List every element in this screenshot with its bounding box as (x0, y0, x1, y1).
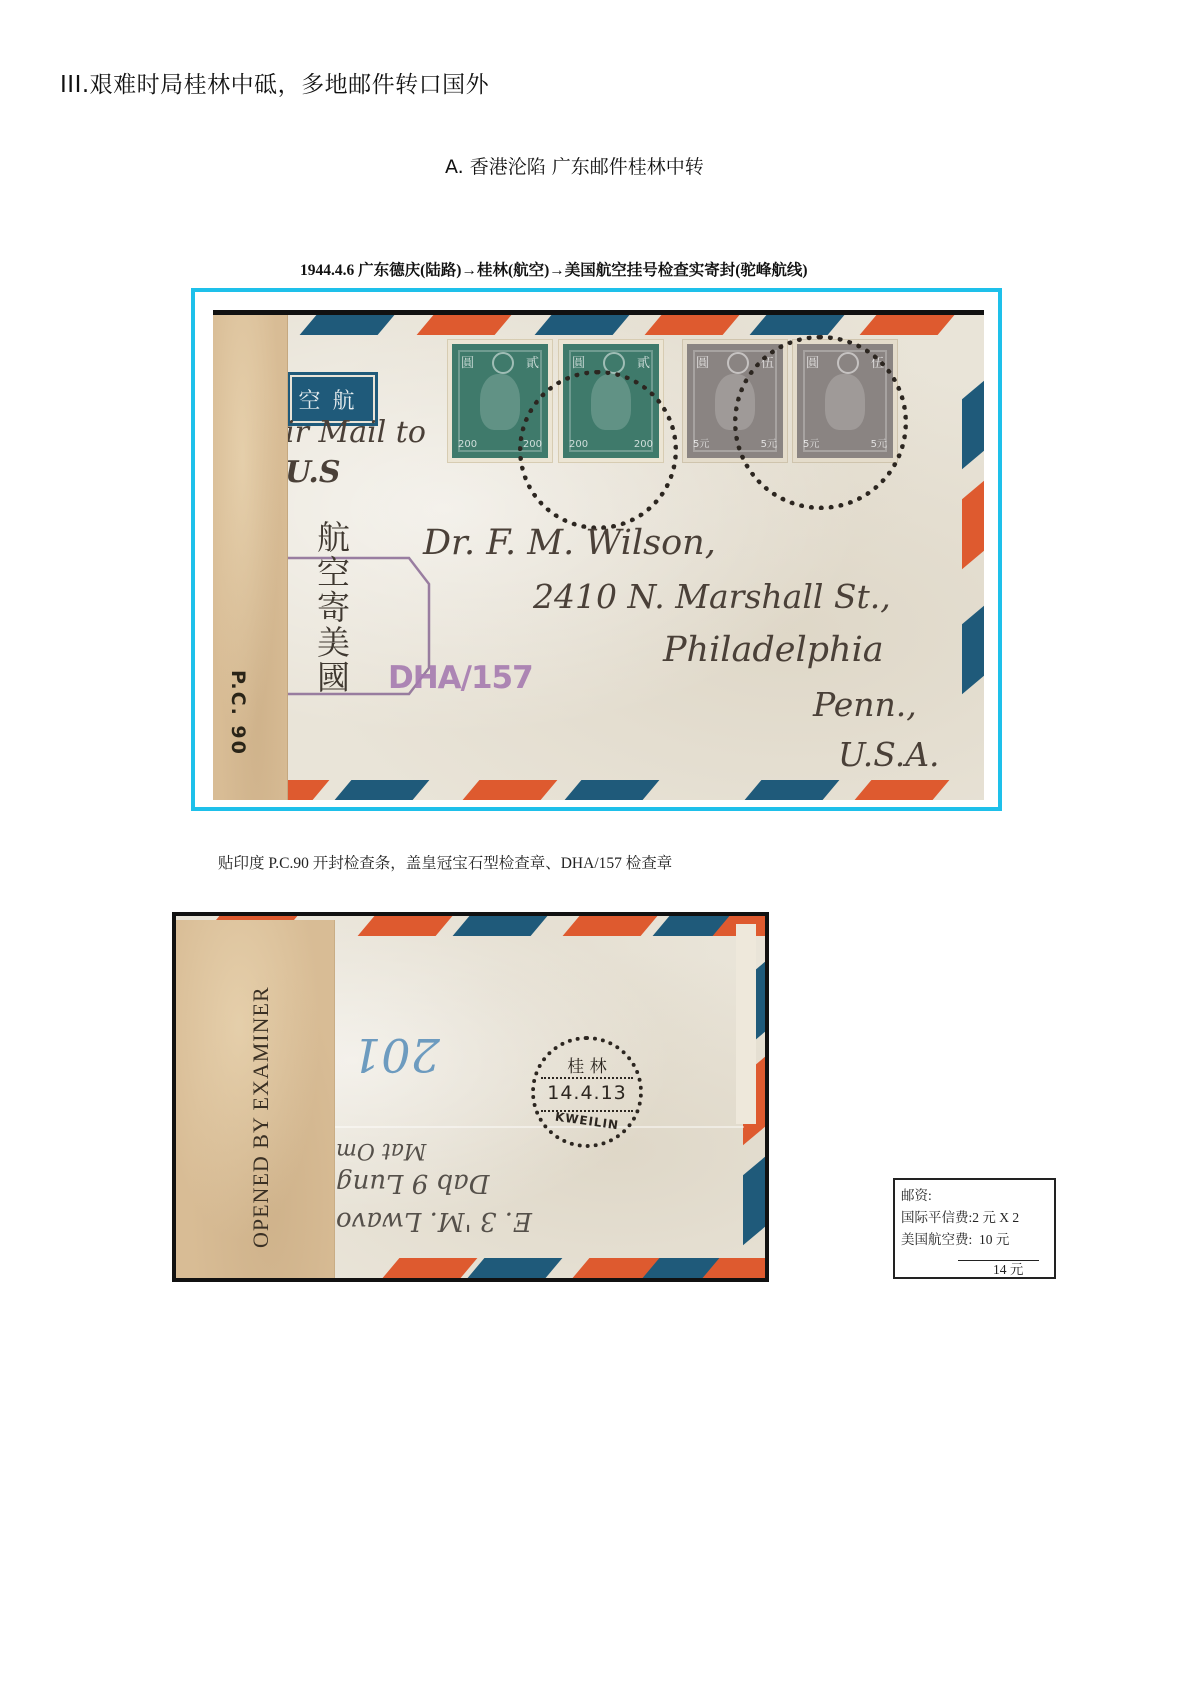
dha-157-censor-mark: DHA/157 (388, 660, 533, 696)
airmail-etiquette-text: 空航 (298, 384, 366, 415)
cover-front-image: 空航 圓貳 200200 圓貳 200200 圓伍 5元5元 圓伍 5元5元 i… (213, 310, 984, 800)
sub-title: A. 香港沦陷 广东邮件桂林中转 (445, 152, 704, 179)
postage-label: 美国航空费: (901, 1232, 972, 1247)
postage-box: 邮资: 国际平信费:2 元 X 2 美国航空费: 10 元 14 元 (893, 1178, 1056, 1279)
portrait-icon (480, 374, 520, 430)
handwritten-country: U.S.A. (838, 735, 940, 774)
postage-value: 2 元 X 2 (972, 1210, 1019, 1225)
postage-label: 国际平信费: (901, 1210, 972, 1225)
censor-strip: P.C. 90 (213, 315, 288, 800)
handwritten-street: 2410 N. Marshall St., (533, 577, 891, 616)
postage-line: 国际平信费:2 元 X 2 (901, 1207, 1048, 1229)
censor-strip-label: OPENED BY EXAMINER (248, 986, 274, 1248)
censor-strip: OPENED BY EXAMINER (176, 920, 335, 1278)
envelope-fold (334, 1126, 744, 1128)
censor-strip-label: P.C. 90 (227, 670, 249, 756)
handwritten-return-line: Mat Om (336, 1138, 426, 1163)
handwritten-addressee: Dr. F. M. Wilson, (423, 523, 716, 563)
handwritten-us: U.S (285, 455, 341, 490)
postmark-top-text: 桂 林 (535, 1052, 639, 1077)
handwritten-air-mail-to: ir Mail to (285, 415, 426, 450)
postage-value: 10 元 (972, 1232, 1009, 1247)
handwritten-return-line: E. 3 'M. Lwavo (336, 1206, 532, 1236)
postage-heading: 邮资: (901, 1185, 1048, 1207)
postmark-circle (518, 370, 678, 530)
postmark-date: 14.4.13 (535, 1082, 639, 1104)
envelope-flap (736, 924, 756, 1124)
cover-caption: 1944.4.6 广东德庆(陆路)→桂林(航空)→美国航空挂号检查实寄封(驼峰航… (300, 258, 808, 280)
postmark-circle (733, 335, 908, 510)
sun-emblem-icon (727, 352, 749, 374)
handwritten-state: Penn., (813, 685, 917, 724)
kweilin-postmark: 桂 林 14.4.13 KWEILIN (531, 1036, 643, 1148)
handwritten-return-line: Dab 9 Lung (336, 1168, 489, 1198)
blue-pencil-note: 201 (352, 1028, 440, 1082)
handwritten-chinese-note: 航空寄美國 (308, 520, 355, 695)
sun-emblem-icon (492, 352, 514, 374)
section-title: III.艰难时局桂林中砥，多地邮件转口国外 (60, 66, 489, 99)
handwritten-city: Philadelphia (663, 630, 884, 670)
postage-line: 美国航空费: 10 元 (901, 1229, 1048, 1251)
postage-total: 14 元 (993, 1261, 1023, 1279)
cover-note: 贴印度 P.C.90 开封检查条，盖皇冠宝石型检查章、DHA/157 检查章 (218, 851, 672, 873)
cover-back-image: 201 Mat Om Dab 9 Lung E. 3 'M. Lwavo 桂 林… (172, 912, 769, 1282)
